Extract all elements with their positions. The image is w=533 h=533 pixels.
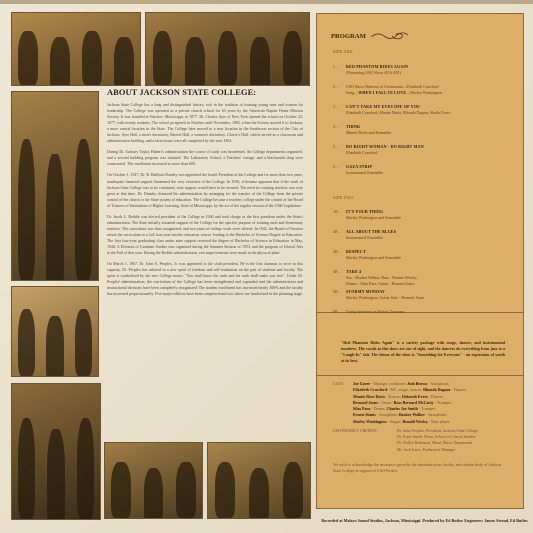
track-performer: Shirley Washington and Ensemble xyxy=(333,255,517,261)
track-title: CAN'T TAKE MY EYES OFF OF YOU xyxy=(346,104,420,109)
track-note: Group Interview in Berlin, Germany xyxy=(346,309,405,314)
photo-interior-seated xyxy=(11,383,101,520)
track-title: RESPECT xyxy=(346,249,366,254)
track-number: 5B. xyxy=(333,289,346,295)
about-paragraph: On October 1, 1927, Dr. B. Baldwin Dansb… xyxy=(107,172,303,208)
track-item: 5....DO RIGHT WOMAN - DO RIGHT MANElizab… xyxy=(333,144,517,156)
about-heading: ABOUT JACKSON STATE COLLEGE: xyxy=(107,88,303,97)
track-number: 6.... xyxy=(333,164,346,170)
cast-list: CAST: Joe Goree - Manager, trombone; Jos… xyxy=(333,381,517,425)
cast-member-name: Shirley Washington xyxy=(353,419,387,424)
cast-member-role: - Dancer; xyxy=(428,394,444,399)
track-item: 4B.TAKE 4Sax - Booker Walker, Bass - Ron… xyxy=(333,269,517,287)
track-title: ALL ABOUT THE BLUES xyxy=(346,229,396,234)
track-performer: Drums - Silas Para, Guitar - Bernard Jon… xyxy=(333,281,517,287)
track-item: 4....THINKMantie Davis and Ensemble xyxy=(333,124,517,136)
track-title: TAKE 4 xyxy=(346,269,361,274)
flourish-icon xyxy=(370,31,410,41)
photo-saxophonist xyxy=(11,286,99,377)
photo-figure xyxy=(75,309,92,376)
photo-group-indoors xyxy=(207,442,311,519)
photo-figure xyxy=(47,429,65,520)
track-item: 2....USO Show Mistress of Ceremonies—Eli… xyxy=(333,84,517,96)
track-title: IT'S YOUR THING xyxy=(346,209,383,214)
about-paragraph: On March 1, 1967, Dr. John A. Peoples, J… xyxy=(107,261,303,297)
track-number: 3.... xyxy=(333,104,346,110)
cast-member-role: - Trumpet; xyxy=(418,406,436,411)
track-number: 6B. xyxy=(333,309,346,315)
cast-member-role: - Saxophone; xyxy=(427,381,449,386)
photo-figure xyxy=(18,309,35,376)
track-title: WHEN I FALL IN LOVE xyxy=(358,90,406,95)
program-heading: PROGRAM xyxy=(331,31,410,41)
cast-member-name: Ernest Sinnis xyxy=(353,412,376,417)
photo-figure xyxy=(144,468,163,519)
track-number: 3B. xyxy=(333,249,346,255)
track-number: 1B. xyxy=(333,209,346,215)
track-item: 2B.ALL ABOUT THE BLUESInstrumental Ensem… xyxy=(333,229,517,241)
cast-member-name: Ross Bernard McCarty xyxy=(394,400,434,405)
track-prefix: Song— xyxy=(346,90,358,95)
track-line: 6B.Group Interview in Berlin, Germany xyxy=(333,309,517,315)
photo-figure xyxy=(185,37,205,86)
cast-member-name: Elizabeth Crawford xyxy=(353,387,387,392)
track-title: GAZA STRIP xyxy=(346,164,372,169)
track-title: DO RIGHT WOMAN - DO RIGHT MAN xyxy=(346,144,424,149)
track-item: 6B.Group Interview in Berlin, Germany xyxy=(333,309,517,315)
photo-figure xyxy=(18,418,36,519)
photo-figure xyxy=(283,462,303,518)
about-paragraph: Jackson State College has a long and dis… xyxy=(107,102,303,144)
track-performer: Shirley Washington, Guitar Solo - Bernar… xyxy=(333,295,517,301)
photo-figure xyxy=(218,31,238,85)
track-subtitle: Song—WHEN I FALL IN LOVE—Shirley Washing… xyxy=(333,90,517,96)
track-item: 3....CAN'T TAKE MY EYES OFF OF YOUElizab… xyxy=(333,104,517,116)
cast-member-role: - Singer; xyxy=(387,419,403,424)
photo-figure xyxy=(249,468,269,519)
show-description: "Red Phantom Rides Again" is a variety p… xyxy=(341,340,505,364)
acknowledgment: We wish to acknowledge the assistance gi… xyxy=(333,462,501,474)
cast-member-name: Booker Walker xyxy=(399,412,425,417)
photo-figure xyxy=(18,31,37,85)
photo-figure xyxy=(176,462,195,518)
photo-figure xyxy=(215,462,235,518)
photo-figure xyxy=(46,154,63,281)
photo-singers-group xyxy=(11,12,141,86)
track-number: 4.... xyxy=(333,124,346,130)
track-performer: Mantie Davis and Ensemble xyxy=(333,130,517,136)
cast-member-name: Silas Para xyxy=(353,406,370,411)
cast-member-role: - Guitar; xyxy=(378,400,394,405)
side-two-label: SIDE TWO xyxy=(333,196,353,200)
photo-street-group xyxy=(11,91,99,281)
track-number: 1.... xyxy=(333,64,346,70)
photo-figure xyxy=(75,139,92,280)
track-title: STORMY MONDAY xyxy=(346,289,385,294)
photo-figure xyxy=(18,139,35,280)
cast-member-name: Ronald Wesley xyxy=(403,419,428,424)
track-performer: Shirley Washington and Ensemble xyxy=(333,215,517,221)
about-section: ABOUT JACKSON STATE COLLEGE: Jackson Sta… xyxy=(107,88,303,302)
cast-member-role: - Dancer; xyxy=(385,394,402,399)
album-back-cover: ABOUT JACKSON STATE COLLEGE: Jackson Sta… xyxy=(0,0,533,533)
photo-figure xyxy=(50,37,69,86)
photo-figure xyxy=(153,31,173,85)
project-credits: USO PROJECT CREDITS: Dr. John Peoples, P… xyxy=(333,428,523,453)
photo-figure xyxy=(111,462,130,518)
track-performer: Elizabeth Crawford, Mantie Davis, Rhonda… xyxy=(333,110,517,116)
program-title: PROGRAM xyxy=(331,33,366,40)
cast-member-name: Josh Brown xyxy=(407,381,427,386)
track-title: THINK xyxy=(346,124,360,129)
track-performer: (Presenting USO Show #GA-401) xyxy=(333,70,517,76)
track-item: 6....GAZA STRIPInstrumental Ensemble xyxy=(333,164,517,176)
cast-member-name: Mantie Rose Davis xyxy=(353,394,385,399)
photo-figure xyxy=(114,37,133,86)
section-divider xyxy=(317,375,523,376)
track-note: USO Show Mistress of Ceremonies—Elizabet… xyxy=(346,84,439,89)
photo-figure xyxy=(82,31,101,85)
cast-member-role: - Trumpet; xyxy=(434,400,452,405)
cast-label: CAST: xyxy=(333,381,344,387)
track-title: RED PHANTOM RIDES AGAIN xyxy=(346,64,408,69)
photo-figure xyxy=(250,37,270,86)
cast-member-role: - MC, singer, dancer; xyxy=(387,387,423,392)
credits-label: USO PROJECT CREDITS: xyxy=(333,428,393,434)
track-item: 5B.STORMY MONDAYShirley Washington, Guit… xyxy=(333,289,517,301)
photo-figure xyxy=(283,31,303,85)
about-paragraph: During Dr. Zachary Taylor Hubert's admin… xyxy=(107,149,303,167)
cast-member-name: Rhonda Dagnar xyxy=(423,387,450,392)
top-edge-strip xyxy=(0,0,533,4)
track-item: 3B.RESPECTShirley Washington and Ensembl… xyxy=(333,249,517,261)
track-number: 4B. xyxy=(333,269,346,275)
track-performer: Elizabeth Crawford xyxy=(333,150,517,156)
photo-figure xyxy=(77,418,95,519)
cast-member-name: Bernard Jones xyxy=(353,400,378,405)
cast-member-name: Joe Goree xyxy=(353,381,370,386)
cast-member-role: - Saxophone; xyxy=(376,412,399,417)
photo-helicopter xyxy=(104,442,203,519)
about-paragraph: Dr. Jacob L. Reddix was elected presiden… xyxy=(107,214,303,256)
program-panel: PROGRAM SIDE ONE: SIDE TWO "Red Phantom … xyxy=(316,13,524,509)
track-performer: Instrumental Ensemble xyxy=(333,170,517,176)
cast-line: Shirley Washington - Singer; Ronald Wesl… xyxy=(353,419,517,425)
cast-member-role: - Bass player xyxy=(428,419,450,424)
track-number: 2B. xyxy=(333,229,346,235)
track-item: 1B.IT'S YOUR THINGShirley Washington and… xyxy=(333,209,517,221)
photo-band-stage xyxy=(145,12,310,86)
photo-figure xyxy=(46,316,63,377)
recording-credits-footer: Recorded at Malaco Sound Studios, Jackso… xyxy=(148,518,528,523)
track-number: 5.... xyxy=(333,144,346,150)
cast-member-role: - Drums; xyxy=(370,406,386,411)
track-performer: —Shirley Washington xyxy=(406,90,442,95)
side-one-label: SIDE ONE: xyxy=(333,50,354,54)
cast-member-role: - Dancer; xyxy=(451,387,467,392)
credit-line: Mr. Jack Jones, Production Manager xyxy=(397,447,523,453)
cast-member-name: Charles Joe Smith xyxy=(387,406,418,411)
cast-member-name: Deborah Evers xyxy=(402,394,428,399)
track-number: 2.... xyxy=(333,84,346,90)
cast-member-role: - Manager, trombone; xyxy=(370,381,407,386)
track-item: 1....RED PHANTOM RIDES AGAIN(Presenting … xyxy=(333,64,517,76)
track-performer: Instrumental Ensemble xyxy=(333,235,517,241)
cast-member-role: - Saxophone; xyxy=(425,412,447,417)
